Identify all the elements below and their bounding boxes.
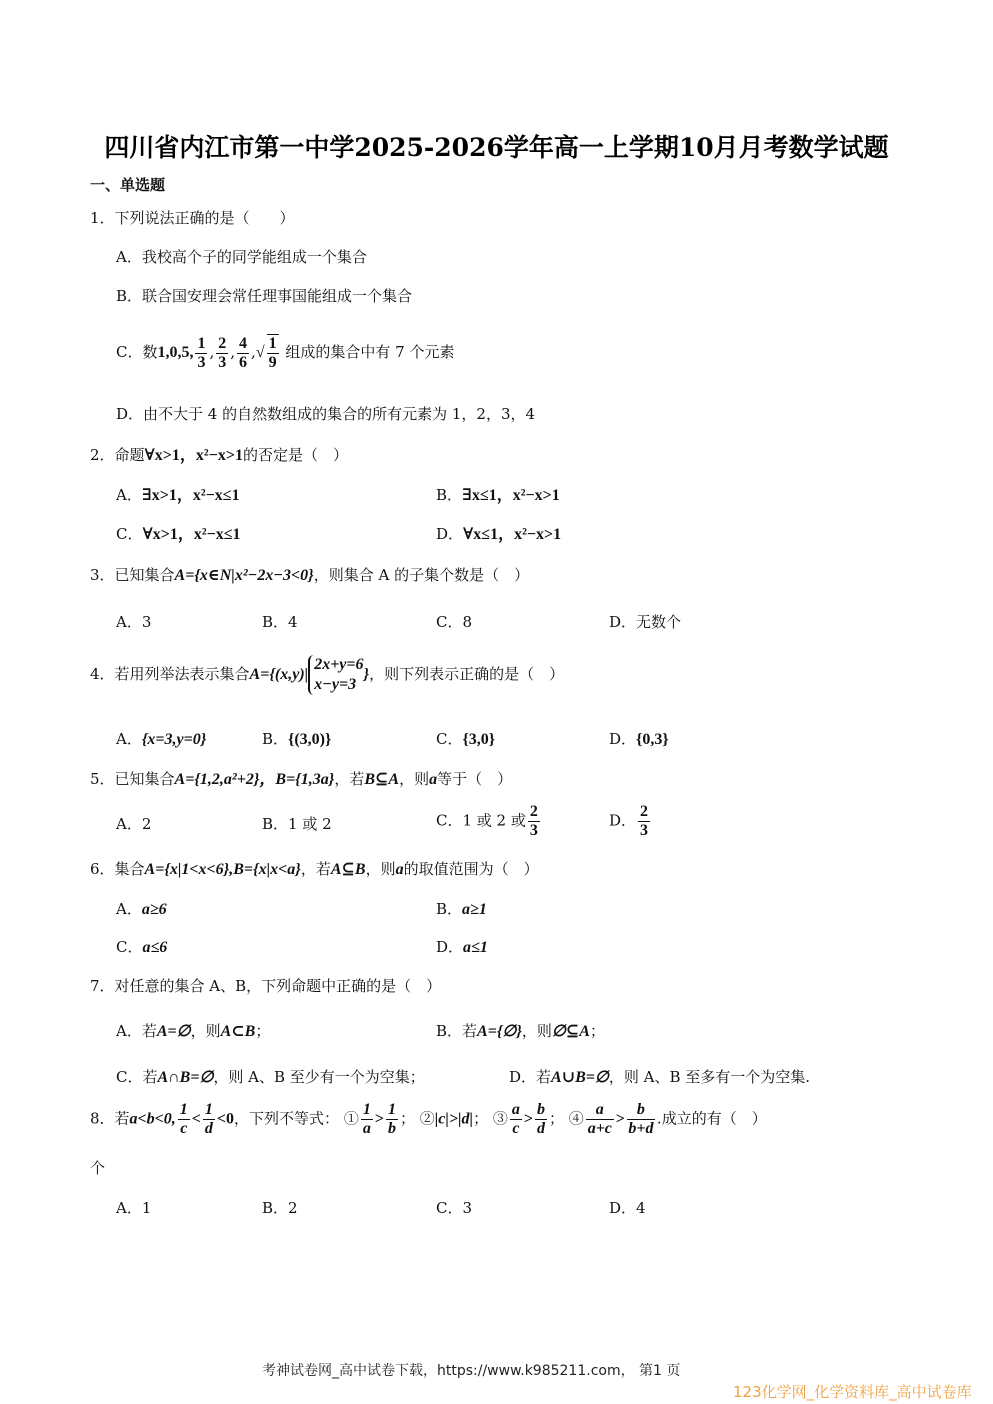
item-2-marker: ②: [420, 1110, 435, 1128]
label: C．: [116, 938, 142, 956]
question-5-option-c: C．1 或 2 或23: [436, 803, 542, 840]
stem-math: A={x∈N|x²−2x−3<0}: [175, 567, 314, 584]
question-6-option-b: B．a≥1: [436, 898, 487, 919]
mid: ，则: [191, 1022, 221, 1040]
label: B．: [262, 730, 288, 748]
section-heading: 一、单选题: [90, 174, 165, 195]
question-8-option-a: A．1: [116, 1197, 151, 1218]
question-2-option-b: B．∃x≤1，x²−x>1: [436, 482, 560, 505]
end: ，则 A、B 至少有一个为空集；: [213, 1068, 424, 1086]
label: D．: [436, 938, 463, 956]
mid: ，则: [522, 1022, 552, 1040]
stem-mid: ，下列不等式：: [234, 1110, 339, 1128]
stem-math-2: B⊆A: [364, 771, 399, 788]
label: B．: [436, 900, 462, 918]
page-footer: 考神试卷网_高中试卷下载，https://www.k985211.com， 第1…: [262, 1360, 680, 1380]
watermark: 123化学网_化学资料库_高中试卷库: [733, 1381, 972, 1402]
exam-page: 四川省内江市第一中学2025-2026学年高一上学期10月月考数学试题 一、单选…: [0, 0, 993, 1404]
math: ∃x≤1，x²−x>1: [462, 487, 560, 504]
fraction-2-3: 23: [638, 803, 650, 840]
item-3-marker: ③: [493, 1110, 508, 1128]
stem-math: a<b<0,: [130, 1111, 176, 1128]
math: A∩B=∅: [157, 1069, 213, 1086]
question-5-option-a: A．2: [116, 813, 151, 834]
math: {(3,0)}: [288, 731, 331, 748]
option-c-suffix: 组成的集合中有 7 个元素: [285, 343, 454, 361]
page-title: 四川省内江市第一中学2025-2026学年高一上学期10月月考数学试题: [0, 128, 993, 164]
label: A．: [116, 900, 142, 918]
stem-suffix: 等于（ ）: [437, 770, 512, 788]
stem-math-3: a: [396, 861, 404, 878]
question-6-option-a: A．a≥6: [116, 898, 167, 919]
stem-text: 5．已知集合: [90, 770, 175, 788]
math: ∃x>1，x²−x≤1: [142, 487, 240, 504]
math: ∀x>1，x²−x≤1: [142, 526, 240, 543]
fraction-2-3: 23: [528, 803, 540, 840]
stem-suffix: 的取值范围为（ ）: [404, 860, 539, 878]
math: {0,3}: [636, 731, 669, 748]
math: a≥6: [142, 901, 167, 918]
stem-suffix: 的否定是（ ）: [243, 446, 348, 464]
stem-text: 3．已知集合: [90, 566, 175, 584]
stem-mid: ，若: [301, 860, 331, 878]
stem-text: 4．若用列举法表示集合: [90, 665, 250, 683]
stem-suffix: .成立的有（ ）: [657, 1110, 767, 1128]
label: A．: [116, 730, 142, 748]
question-4-stem: 4．若用列举法表示集合A={(x,y)|2x+y=6x−y=3}，则下列表示正确…: [90, 655, 564, 695]
math: A={∅}: [477, 1023, 522, 1040]
equation-1: 2x+y=6: [314, 655, 363, 675]
question-2-stem: 2．命题∀x>1，x²−x>1的否定是（ ）: [90, 442, 348, 465]
fraction-1-9: 19: [267, 334, 279, 372]
option-c-label: C．数: [116, 343, 157, 361]
question-2-option-c: C．∀x>1，x²−x≤1: [116, 521, 241, 544]
math-2: ∅⊆A: [552, 1023, 590, 1040]
question-2-option-a: A．∃x>1，x²−x≤1: [116, 482, 240, 505]
question-2-option-d: D．∀x≤1，x²−x>1: [436, 521, 561, 544]
stem-mid-2: ，则: [366, 860, 396, 878]
question-1-option-c: C．数1,0,5,13,23,46,√19 组成的集合中有 7 个元素: [116, 334, 454, 372]
question-4-option-a: A．{x=3,y=0}: [116, 728, 206, 749]
math-2: A⊂B: [221, 1023, 256, 1040]
question-6-option-d: D．a≤1: [436, 936, 488, 957]
question-1-stem: 1．下列说法正确的是（ ）: [90, 207, 295, 228]
question-5-option-d: D．23: [609, 803, 652, 840]
stem-math: ∀x>1，x²−x>1: [145, 447, 243, 464]
question-3-option-c: C．8: [436, 611, 472, 632]
stem-math: A={x|1<x<6},B={x|x<a}: [145, 861, 301, 878]
question-7-option-c: C．若A∩B=∅，则 A、B 至少有一个为空集；: [116, 1066, 425, 1087]
question-3-option-a: A．3: [116, 611, 151, 632]
math: A∪B=∅: [551, 1069, 609, 1086]
question-7-stem: 7．对任意的集合 A、B，下列命题中正确的是（ ）: [90, 975, 441, 996]
equation-system: 2x+y=6x−y=3: [308, 655, 363, 695]
label: C．: [116, 525, 142, 543]
question-6-option-c: C．a≤6: [116, 936, 167, 957]
stem-text: 8．若: [90, 1110, 130, 1128]
end: ，则 A、B 至多有一个为空集.: [609, 1068, 810, 1086]
question-7-option-a: A．若A=∅，则A⊂B；: [116, 1020, 270, 1041]
stem-math: A={1,2,a²+2}，B={1,3a}: [175, 771, 335, 788]
stem-math-3: a: [429, 771, 437, 788]
label: A．若: [116, 1022, 157, 1040]
label: D．若: [509, 1068, 551, 1086]
fraction-2-3: 23: [216, 335, 228, 372]
question-1-option-d: D．由不大于 4 的自然数组成的集合的所有元素为 1，2，3，4: [116, 403, 535, 424]
stem-suffix: ，则集合 A 的子集个数是（ ）: [314, 566, 529, 584]
stem-text: 6．集合: [90, 860, 145, 878]
question-3-option-d: D．无数个: [609, 611, 681, 632]
question-7-option-b: B．若A={∅}，则∅⊆A；: [436, 1020, 605, 1041]
question-3-stem: 3．已知集合A={x∈N|x²−2x−3<0}，则集合 A 的子集个数是（ ）: [90, 564, 529, 585]
question-8-option-b: B．2: [262, 1197, 298, 1218]
fraction-1-c: 1c: [178, 1101, 190, 1138]
question-8-option-c: C．3: [436, 1197, 472, 1218]
stem-mid-2: ，则: [399, 770, 429, 788]
fraction-1-d: 1d: [203, 1101, 215, 1138]
question-8-option-d: D．4: [609, 1197, 646, 1218]
math: a≤6: [142, 939, 167, 956]
math: {x=3,y=0}: [142, 731, 206, 748]
label: C．: [436, 730, 462, 748]
label: C．1 或 2 或: [436, 812, 526, 830]
end: ；: [255, 1022, 270, 1040]
label: A．: [116, 486, 142, 504]
label: D．: [609, 730, 636, 748]
stem-text: 2．命题: [90, 446, 145, 464]
question-7-option-d: D．若A∪B=∅，则 A、B 至多有一个为空集.: [509, 1066, 810, 1087]
math: ∀x≤1，x²−x>1: [463, 526, 561, 543]
stem-mid: ，若: [334, 770, 364, 788]
label: B．: [436, 486, 462, 504]
question-4-option-b: B．{(3,0)}: [262, 728, 331, 749]
math: a≤1: [463, 939, 488, 956]
item-2-math: |c|>|d|: [435, 1111, 473, 1128]
question-6-stem: 6．集合A={x|1<x<6},B={x|x<a}，若A⊆B，则a的取值范围为（…: [90, 858, 539, 879]
stem-math-left: A={(x,y)|: [250, 666, 309, 683]
sqrt-icon: √: [256, 344, 265, 361]
label: B．若: [436, 1022, 477, 1040]
math-numbers: 1,0,5,: [157, 344, 193, 361]
math: a≥1: [462, 901, 487, 918]
fraction-1-3: 13: [195, 335, 207, 372]
question-3-option-b: B．4: [262, 611, 298, 632]
label: D．: [609, 812, 636, 830]
lt-zero: <0: [217, 1111, 234, 1128]
math: A=∅: [157, 1023, 191, 1040]
equation-2: x−y=3: [314, 675, 363, 695]
question-8-stem: 8．若a<b<0,1c<1d<0，下列不等式： ①1a>1b； ②|c|>|d|…: [90, 1101, 767, 1138]
question-4-option-c: C．{3,0}: [436, 728, 495, 749]
math: {3,0}: [462, 731, 495, 748]
item-1-marker: ①: [344, 1110, 359, 1128]
question-5-stem: 5．已知集合A={1,2,a²+2}，B={1,3a}，若B⊆A，则a等于（ ）: [90, 766, 512, 789]
label: D．: [436, 525, 463, 543]
question-4-option-d: D．{0,3}: [609, 728, 669, 749]
question-8-stem-wrap: 个: [90, 1157, 105, 1178]
fraction-4-6: 46: [237, 335, 249, 372]
end: ；: [590, 1022, 605, 1040]
stem-suffix: ，则下列表示正确的是（ ）: [369, 665, 564, 683]
question-1-option-b: B．联合国安理会常任理事国能组成一个集合: [116, 285, 412, 306]
stem-math-2: A⊆B: [331, 861, 366, 878]
question-5-option-b: B．1 或 2: [262, 813, 332, 834]
item-4-marker: ④: [569, 1110, 584, 1128]
label: C．若: [116, 1068, 157, 1086]
question-1-option-a: A．我校高个子的同学能组成一个集合: [116, 246, 367, 267]
